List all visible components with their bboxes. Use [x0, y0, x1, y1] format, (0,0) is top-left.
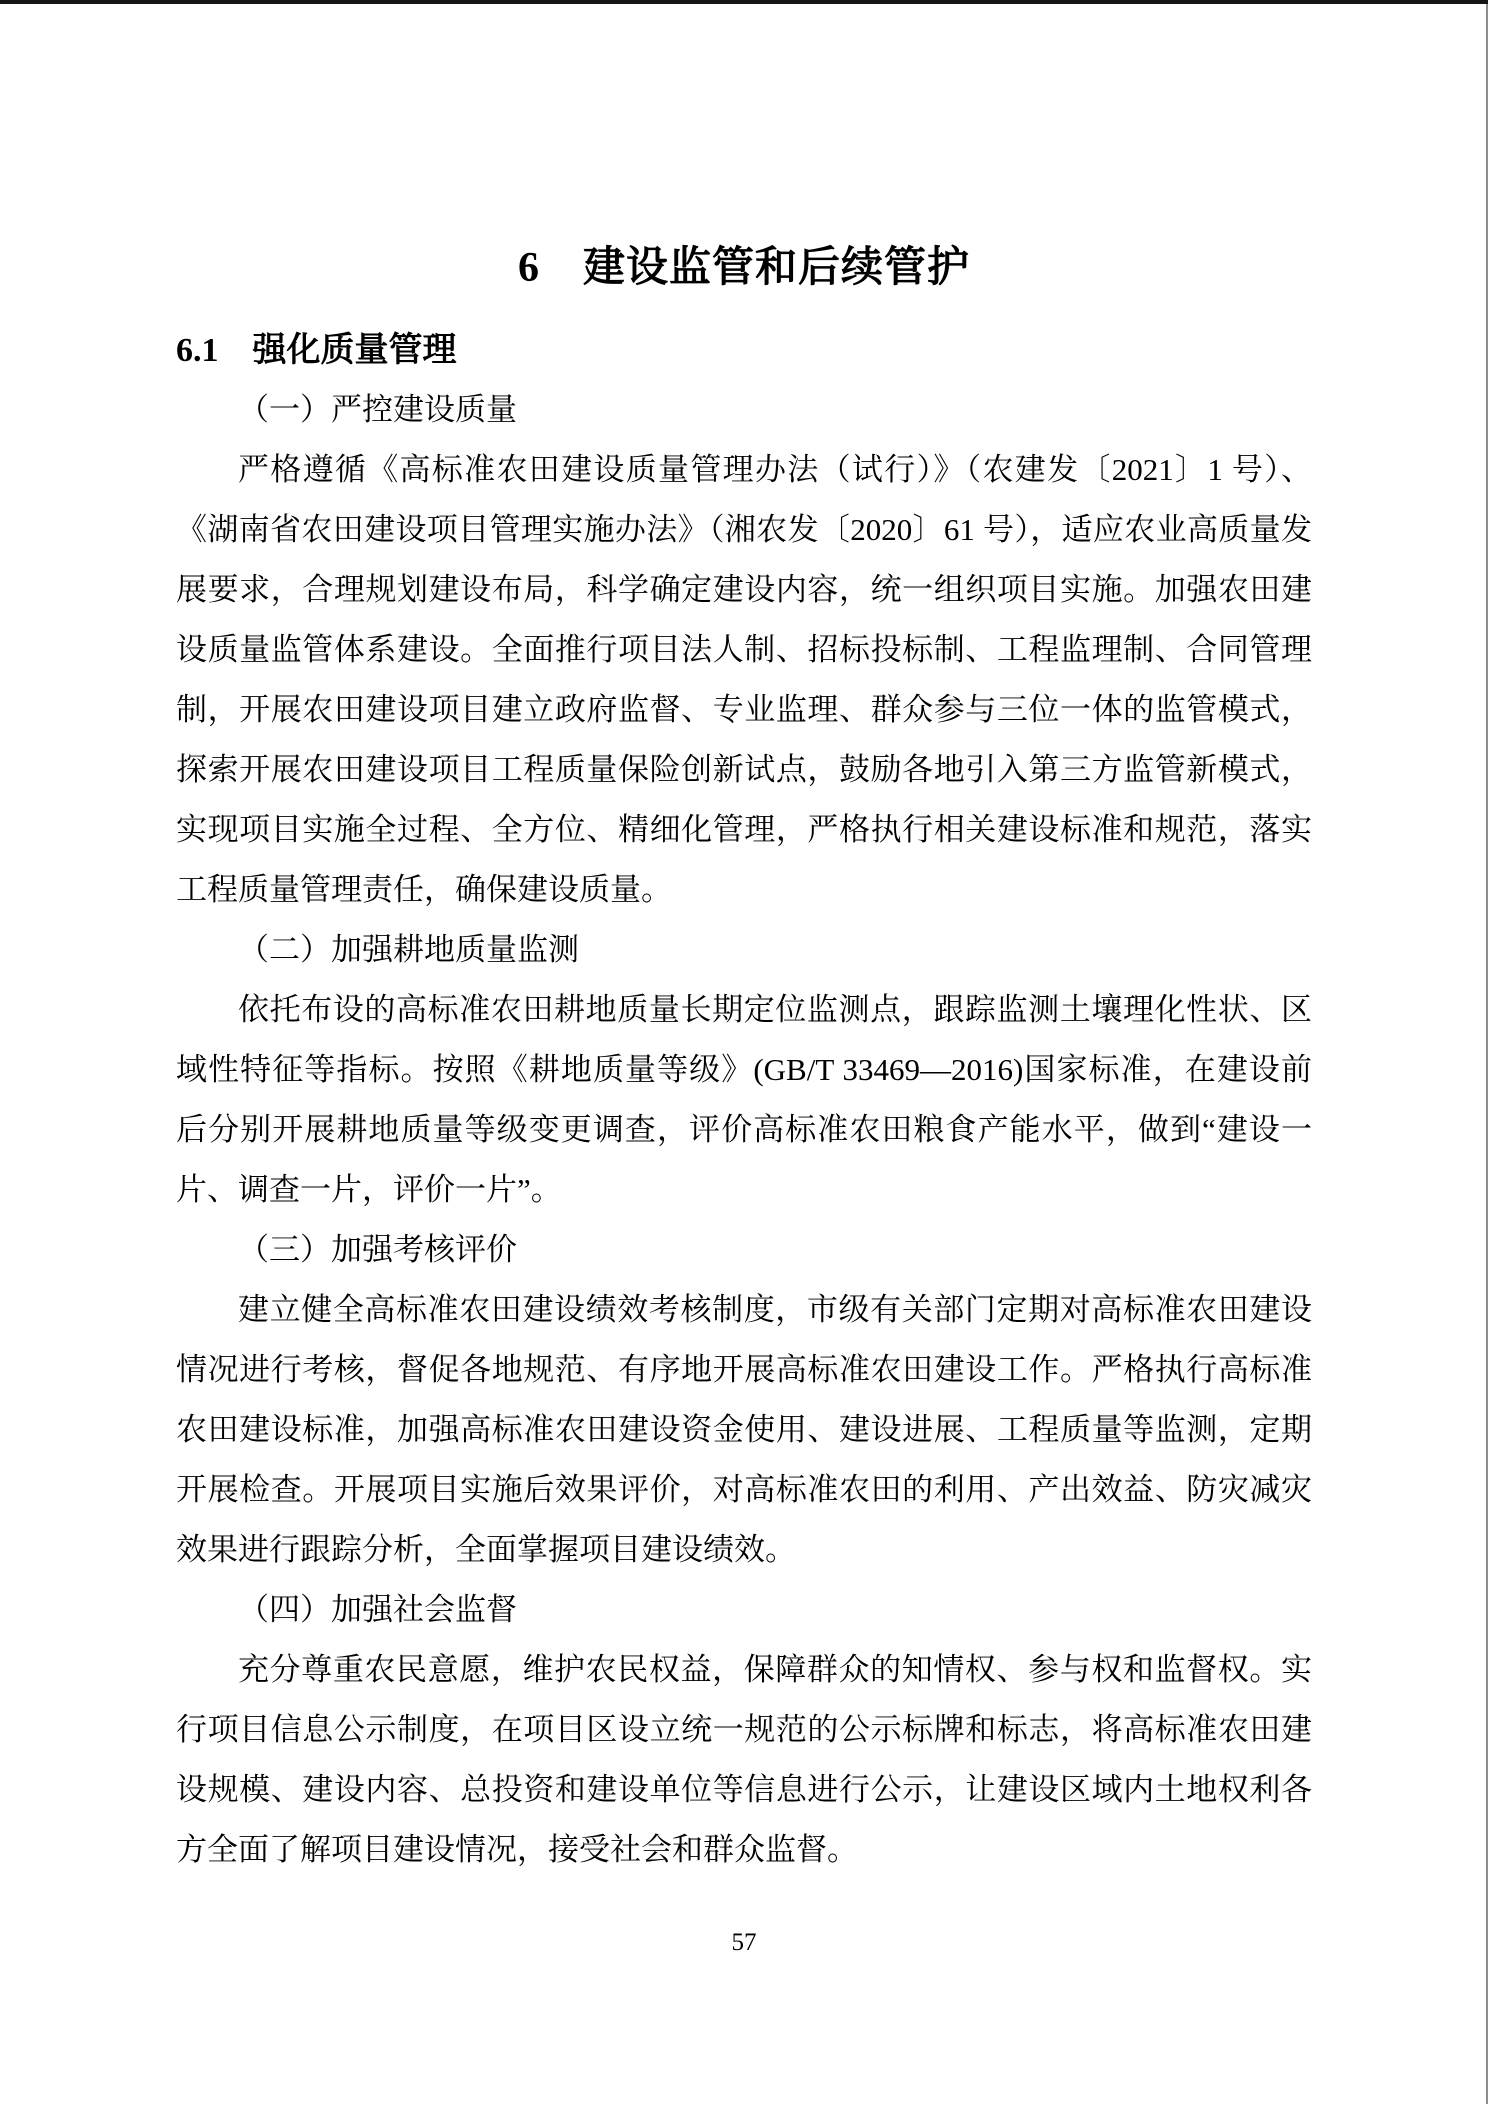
page-top-edge-line [0, 0, 1488, 4]
paragraph-3: 建立健全高标准农田建设绩效考核制度，市级有关部门定期对高标准农田建设情况进行考核… [176, 1280, 1312, 1580]
subheading-1: （一）严控建设质量 [176, 380, 1312, 440]
paragraph-1: 严格遵循《高标准农田建设质量管理办法（试行）》（农建发〔2021〕1 号）、《湖… [176, 440, 1312, 920]
paragraph-2: 依托布设的高标准农田耕地质量长期定位监测点，跟踪监测土壤理化性状、区域性特征等指… [176, 980, 1312, 1220]
chapter-title: 6 建设监管和后续管护 [0, 0, 1488, 292]
page-number: 57 [0, 1928, 1488, 1958]
document-page: 6 建设监管和后续管护 6.1 强化质量管理 （一）严控建设质量 严格遵循《高标… [0, 0, 1488, 2104]
subheading-4: （四）加强社会监督 [176, 1580, 1312, 1640]
paragraph-4: 充分尊重农民意愿，维护农民权益，保障群众的知情权、参与权和监督权。实行项目信息公… [176, 1640, 1312, 1880]
document-body: （一）严控建设质量 严格遵循《高标准农田建设质量管理办法（试行）》（农建发〔20… [176, 380, 1312, 1880]
subheading-2: （二）加强耕地质量监测 [176, 920, 1312, 980]
section-title: 6.1 强化质量管理 [176, 330, 1312, 372]
subheading-3: （三）加强考核评价 [176, 1220, 1312, 1280]
